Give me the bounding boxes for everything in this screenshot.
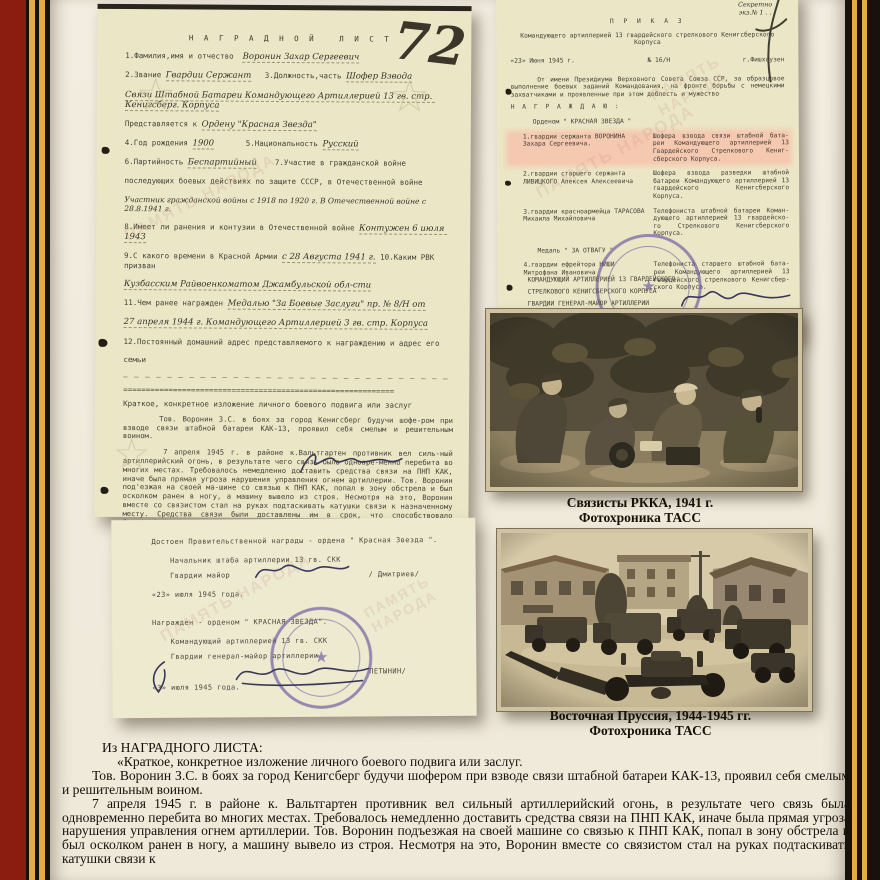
doc-line: Достоен Правительственной награды - орде… — [151, 536, 455, 547]
doc-line: Кузбасским Райвоенкоматом Джамбульской о… — [124, 279, 454, 291]
order-entry: 1.гвардии сержанта ВОРОНИНА Захара Серге… — [509, 132, 789, 164]
order-name: Орденом " КРАСНАЯ ЗВЕЗДА " — [533, 117, 799, 126]
excerpt-paragraph: 7 апреля 1945 г. в районе к. Вальтгартен… — [62, 797, 850, 867]
george-ribbon-left — [26, 0, 50, 880]
order-entries: 1.гвардии сержанта ВОРОНИНА Захара Серге… — [509, 132, 790, 239]
doc-line: Участник гражданской войны с 1918 по 192… — [124, 195, 454, 215]
doc-line: Тов. Воронин З.С. в боях за город Кенигс… — [123, 415, 453, 443]
commander-line: ГВАРДИИ ГЕНЕРАЛ-МАЙОР АРТИЛЛЕРИИ — [528, 300, 698, 308]
order-preamble: От имени Президиума Верховного Совета Со… — [511, 75, 785, 99]
doc-line: Краткое, конкретное изложение личного бо… — [123, 399, 453, 410]
caption-line: Фотохроника ТАСС — [497, 723, 804, 738]
handwritten-number: 72 — [390, 15, 468, 75]
pen-stroke — [744, 0, 790, 85]
punch-hole — [101, 487, 109, 494]
excerpt-block: Из НАГРАДНОГО ЛИСТА: «Краткое, конкретно… — [62, 741, 850, 866]
signature — [232, 656, 372, 687]
memorial-page: ПАМЯТЬ НАРОДА ПАМЯТЬ НАРОДА Секретно экз… — [0, 0, 880, 880]
order-scan: ПАМЯТЬ НАРОДА ПАМЯТЬ НАРОДА Секретно экз… — [496, 0, 800, 341]
photo-east-prussia-image — [501, 533, 808, 707]
caption-line: Восточная Пруссия, 1944-1945 гг. — [497, 708, 804, 723]
doc-line: 9.С какого времени в Красной Армии с 28 … — [124, 251, 454, 272]
photo-signalmen-caption: Связисты РККА, 1941 г. Фотохроника ТАСС — [486, 495, 794, 525]
commander-line: КОМАНДУЮЩИЙ АРТИЛЛЕРИЕЙ 13 ГВАРДЕЙСКОГО — [528, 276, 698, 284]
punch-hole — [505, 181, 511, 186]
order-entry: 2.гвардии старшего сержанта ЛИВИЦКОГО Ал… — [509, 169, 789, 201]
doc-line: Связи Штабной Батареи Командующего Артил… — [125, 90, 455, 112]
excerpt-heading: Из НАГРАДНОГО ЛИСТА: — [62, 741, 850, 755]
punch-hole — [506, 89, 512, 95]
doc-line: «23» июля 1945 года. — [152, 588, 456, 599]
doc-line: 27 апреля 1944 г. Командующего Артиллери… — [124, 317, 454, 329]
endorsement-scan: Достоен Правительственной награды - орде… — [111, 518, 476, 719]
doc-line: 4.Год рождения 1900 5.Национальность Рус… — [125, 138, 455, 150]
order-number: № 16/Н — [647, 57, 670, 64]
doc-line: семьи — [123, 355, 453, 366]
punch-hole — [507, 285, 513, 291]
doc-line: 11.Чем ранее награжден Медалью "За Боевы… — [124, 298, 454, 310]
award-sheet-body: Н А Г Р А Д Н О Й Л И С Т1.Фамилия,имя и… — [94, 9, 471, 519]
punch-hole — [98, 339, 107, 347]
george-ribbon-right — [845, 0, 880, 880]
order-date: «23» Июня 1945 г. — [510, 57, 574, 64]
photo-east-prussia-caption: Восточная Пруссия, 1944-1945 гг. Фотохро… — [497, 708, 804, 738]
pen-stroke — [142, 660, 172, 694]
award-word: Н А Г Р А Ж Д А Ю : — [511, 102, 799, 111]
doc-line: Представляется к Ордену "Красная Звезда" — [125, 119, 455, 131]
doc-line: 12.Постоянный домашний адрес представляе… — [123, 337, 453, 348]
signature — [252, 557, 352, 584]
photo-east-prussia — [497, 529, 812, 711]
excerpt-paragraph: «Краткое, конкретное изложение личного б… — [62, 755, 850, 769]
caption-line: Фотохроника ТАСС — [486, 510, 794, 525]
commander-line: СТРЕЛКОВОГО КЕНИГСБЕРСКОГО КОРПУСА — [528, 288, 698, 296]
doc-line: последующих боевых действиях по защите С… — [124, 176, 454, 187]
photo-signalmen — [486, 309, 802, 491]
doc-line: 6.Партийность Беспартийный 7.Участие в г… — [125, 157, 455, 169]
signature — [295, 448, 405, 479]
award-sheet-scan: Н А Г Р А Д Н О Й Л И С Т1.Фамилия,имя и… — [94, 4, 471, 519]
caption-line: Связисты РККА, 1941 г. — [486, 495, 794, 510]
excerpt-paragraph: Тов. Воронин З.С. в боях за город Кенигс… — [62, 769, 850, 797]
doc-line: 8.Имеет ли ранения и контузии в Отечеств… — [124, 222, 454, 244]
photo-signalmen-image — [490, 313, 798, 487]
punch-hole — [102, 147, 110, 154]
doc-line: ========================================… — [123, 385, 453, 396]
doc-line: — — — — — — — — — — — — — — — — — — — — … — [123, 372, 453, 383]
